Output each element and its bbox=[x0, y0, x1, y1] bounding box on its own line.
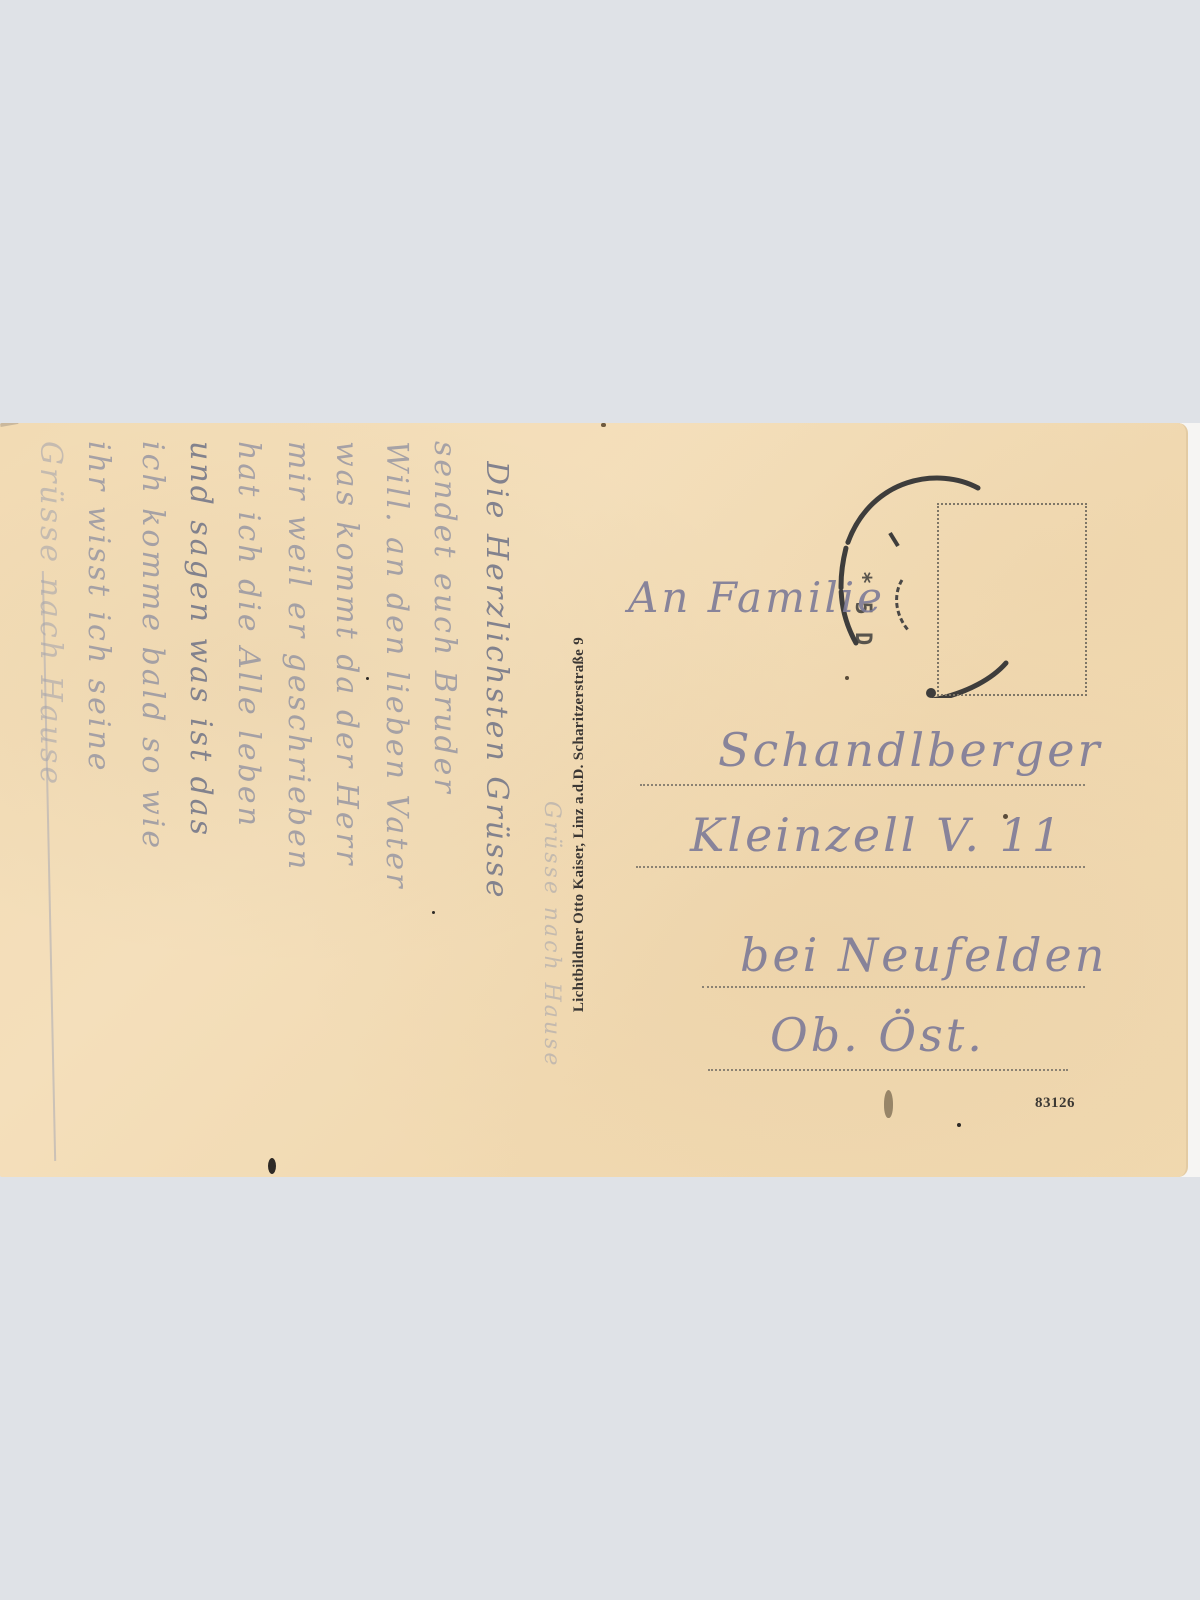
message-line: Grüsse nach Hause bbox=[28, 441, 68, 1161]
address-rule bbox=[708, 1069, 1068, 1071]
message-line: ich komme bald so wie bbox=[130, 441, 170, 1161]
message-line: Will. an den lieben Vater bbox=[374, 441, 414, 1161]
publisher-imprint: Lichtbildner Otto Kaiser, Linz a.d.D. Sc… bbox=[562, 545, 596, 1105]
speck-mark bbox=[957, 1123, 961, 1127]
stain-mark bbox=[884, 1090, 893, 1118]
address-rule bbox=[640, 784, 1085, 786]
edge-mark bbox=[601, 423, 606, 427]
address-rule bbox=[636, 866, 1085, 868]
speck-mark bbox=[366, 677, 369, 680]
speck-mark bbox=[1003, 814, 1008, 819]
message-signature: Grüsse nach Hause bbox=[524, 801, 564, 1177]
stamp-placeholder-box bbox=[937, 503, 1087, 696]
address-rule bbox=[702, 986, 1085, 988]
message-line: und sagen was ist das bbox=[178, 441, 218, 1161]
address-line-5: Ob. Öst. bbox=[770, 1008, 985, 1062]
message-line: ihr wisst ich seine bbox=[76, 441, 116, 1161]
speck-mark bbox=[845, 676, 849, 680]
address-line-1: An Familie bbox=[628, 573, 885, 622]
message-line: sendet euch Bruder bbox=[422, 441, 462, 1161]
postcard-back: Grüsse nach Hause ihr wisst ich seine ic… bbox=[0, 423, 1188, 1177]
handwritten-message: Grüsse nach Hause ihr wisst ich seine ic… bbox=[18, 441, 578, 1161]
speck-mark bbox=[432, 911, 435, 914]
viewer-canvas: Grüsse nach Hause ihr wisst ich seine ic… bbox=[0, 0, 1200, 1600]
catalog-number: 83126 bbox=[1035, 1095, 1075, 1112]
address-line-2: Schandlberger bbox=[718, 723, 1102, 777]
message-line: was kommt da der Herr bbox=[324, 441, 364, 1161]
publisher-text: Lichtbildner Otto Kaiser, Linz a.d.D. Sc… bbox=[571, 637, 588, 1012]
message-line: hat ich die Alle leben bbox=[226, 441, 266, 1161]
speck-mark bbox=[268, 1158, 276, 1174]
message-line: mir weil er geschrieben bbox=[276, 441, 316, 1161]
address-line-4: bei Neufelden bbox=[740, 928, 1107, 982]
message-line: Die Herzlichsten Grüsse bbox=[474, 461, 514, 1177]
corner-wear bbox=[0, 423, 18, 427]
